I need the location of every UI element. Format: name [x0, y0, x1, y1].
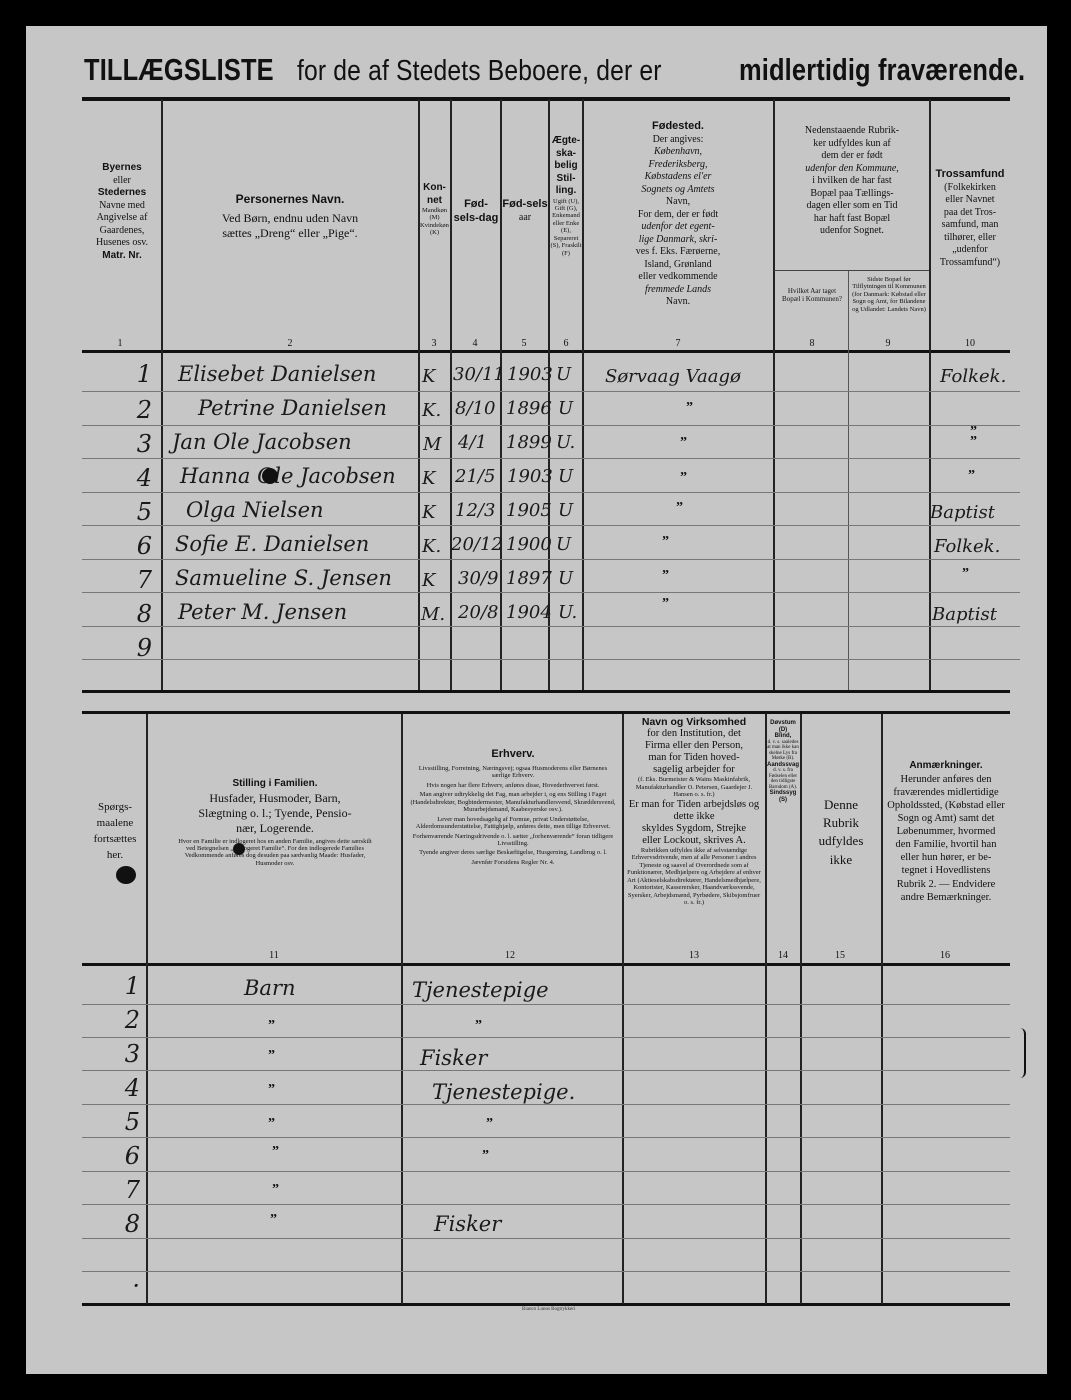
row-rule: [82, 1238, 1010, 1239]
occupation-cell[interactable]: Fisker: [434, 1212, 501, 1236]
row-rule: [82, 1171, 1010, 1172]
header-col8-9-note: Nedenstaaende Rubrik- ker udfyldes kun a…: [776, 125, 928, 238]
row-rule: [82, 559, 1020, 560]
title-middle: for de af Stedets Beboere, der er: [297, 55, 697, 88]
ditto-mark[interactable]: ”: [680, 435, 687, 451]
bottom-table-header-rule: [82, 963, 1010, 966]
col-number: 6: [556, 338, 576, 349]
col-divider: [161, 99, 163, 690]
row-number: ·: [100, 1272, 140, 1300]
header-col14: Døvstum (D) Blind, d. v. s. saaledes at …: [767, 720, 799, 804]
occupation-cell[interactable]: Tjenestepige.: [432, 1080, 575, 1104]
header-col7: Fødested. Der angives: København, Freder…: [590, 120, 766, 309]
row-number: 7: [112, 566, 152, 594]
ditto-mark[interactable]: ”: [268, 1048, 275, 1064]
header-continued-note: Spørgs- maalene fortsættes her.: [84, 800, 146, 864]
col-number: 4: [465, 338, 485, 349]
sex-cell[interactable]: K.: [422, 400, 441, 421]
row-number: 9: [112, 634, 152, 662]
ditto-mark[interactable]: ”: [272, 1144, 279, 1160]
row-number: 4: [112, 464, 152, 492]
sex-cell[interactable]: K: [422, 366, 435, 387]
ditto-mark[interactable]: ”: [680, 470, 687, 486]
birthday-cell[interactable]: 20/8: [458, 602, 498, 623]
col-number: 14: [773, 950, 793, 961]
birthday-cell[interactable]: 30/9: [458, 568, 498, 589]
ditto-mark[interactable]: ”: [268, 1116, 275, 1132]
ditto-mark[interactable]: ”: [272, 1182, 279, 1198]
religion-cell[interactable]: Folkek.: [940, 366, 1006, 387]
birthday-cell[interactable]: 4/1: [458, 432, 487, 453]
ink-blot: [116, 866, 136, 884]
header-col16: Anmærkninger. Herunder anføres den fravæ…: [884, 760, 1008, 904]
top-table-top-rule: [82, 97, 1010, 101]
religion-cell[interactable]: Baptist: [930, 502, 995, 523]
row-number: 8: [112, 600, 152, 628]
marital-status-cell[interactable]: U: [558, 466, 573, 487]
religion-cell[interactable]: Folkek.: [934, 536, 1000, 557]
header-col2: Personernes Navn. Ved Børn, endnu uden N…: [163, 192, 417, 241]
col-divider: [848, 270, 849, 690]
header-col6: Ægte-ska-belig Stil-ling. Ugift (U), Gif…: [550, 135, 582, 257]
person-name[interactable]: Petrine Danielsen: [198, 396, 387, 420]
ink-blot: [262, 468, 278, 484]
sex-cell[interactable]: M.: [421, 604, 445, 625]
ditto-mark[interactable]: ”: [970, 434, 977, 450]
top-table-header-rule: [82, 350, 1010, 353]
row-rule: [82, 492, 1020, 493]
person-name[interactable]: Olga Nielsen: [186, 498, 324, 522]
header-col9: Sidste Bopæl før Tilflytningen til Kommu…: [850, 276, 928, 313]
col-divider: [500, 99, 502, 690]
header-col13: Navn og Virksomhed for den Institution, …: [626, 716, 762, 907]
title-emphasis: midlertidig fraværende.: [739, 52, 1025, 88]
person-name[interactable]: Jan Ole Jacobsen: [172, 430, 352, 454]
row-number: 1: [112, 360, 152, 388]
header-col15: Denne Rubrik udfyldes ikke: [802, 796, 880, 869]
row-number: 5: [100, 1108, 140, 1136]
row-number: 6: [112, 532, 152, 560]
birthday-cell[interactable]: 8/10: [455, 398, 495, 419]
marital-status-cell[interactable]: U: [556, 364, 571, 385]
ditto-mark[interactable]: ”: [475, 1018, 482, 1034]
family-position-cell[interactable]: Barn: [244, 976, 296, 1000]
ditto-mark[interactable]: ”: [662, 568, 669, 584]
ditto-mark[interactable]: ”: [662, 534, 669, 550]
person-name[interactable]: Elisebet Danielsen: [178, 362, 376, 386]
col-number: 10: [960, 338, 980, 349]
sex-cell[interactable]: K.: [422, 536, 441, 557]
ditto-mark[interactable]: ”: [686, 400, 693, 416]
col-divider: [881, 714, 883, 1304]
col-number: 15: [830, 950, 850, 961]
marital-status-cell[interactable]: U: [558, 398, 573, 419]
birthday-cell[interactable]: 21/5: [455, 466, 495, 487]
header-col3: Kon-net Mandkøn (M) Kvindekøn (K): [419, 182, 450, 237]
col-number: 16: [935, 950, 955, 961]
col-number: 1: [110, 338, 130, 349]
col-number: 3: [424, 338, 444, 349]
row-number: 2: [100, 1006, 140, 1034]
col-number: 11: [264, 950, 284, 961]
birthday-cell[interactable]: 20/12: [451, 534, 503, 555]
row-rule: [82, 525, 1020, 526]
sex-cell[interactable]: K: [422, 502, 435, 523]
col-number: 9: [878, 338, 898, 349]
row-rule: [82, 1204, 1010, 1205]
col-number: 12: [500, 950, 520, 961]
col-divider: [450, 99, 452, 690]
form-title: TILLÆGSLISTE for de af Stedets Beboere, …: [84, 52, 1014, 88]
sex-cell[interactable]: K: [422, 468, 435, 489]
row-number: 4: [100, 1074, 140, 1102]
birth-year-cell[interactable]: 1904: [506, 602, 552, 623]
col-number: 8: [802, 338, 822, 349]
row-number: 7: [100, 1176, 140, 1204]
religion-cell[interactable]: Baptist: [932, 604, 997, 625]
section-divider-rule: [82, 711, 1010, 714]
birth-year-cell[interactable]: 1899: [506, 432, 552, 453]
birthplace-cell[interactable]: Sørvaag Vaagø: [605, 366, 741, 387]
birth-year-cell[interactable]: 1905: [506, 500, 552, 521]
col-divider: [929, 99, 931, 690]
col-number: 7: [668, 338, 688, 349]
birth-year-cell[interactable]: 1897: [506, 568, 552, 589]
birth-year-cell[interactable]: 1903: [507, 364, 553, 385]
row-number: 3: [100, 1040, 140, 1068]
subheader-rule: [774, 270, 929, 271]
marital-status-cell[interactable]: U.: [558, 602, 577, 623]
col-number: 13: [684, 950, 704, 961]
birth-year-cell[interactable]: 1903: [507, 466, 553, 487]
row-rule: [82, 458, 1020, 459]
ditto-mark[interactable]: ”: [962, 566, 969, 582]
header-col4: Fød-sels-dag: [452, 198, 500, 226]
row-rule: [82, 592, 1020, 593]
birth-year-cell[interactable]: 1900: [506, 534, 552, 555]
row-rule: [82, 1104, 1010, 1105]
birth-year-cell[interactable]: 1896: [506, 398, 552, 419]
ditto-mark[interactable]: ”: [268, 1082, 275, 1098]
ink-blot: [233, 843, 245, 855]
row-number: 2: [112, 396, 152, 424]
bottom-table-bottom-rule: [82, 1303, 1010, 1306]
sex-cell[interactable]: M: [423, 434, 441, 455]
marital-status-cell[interactable]: U.: [556, 432, 575, 453]
row-rule: [82, 659, 1020, 660]
row-rule: [82, 1271, 1010, 1272]
row-rule: [82, 425, 1020, 426]
ditto-mark[interactable]: ”: [676, 500, 683, 516]
row-rule: [82, 1137, 1010, 1138]
ditto-mark[interactable]: ”: [270, 1212, 277, 1228]
birthday-cell[interactable]: 30/11: [453, 364, 505, 385]
header-col12: Erhverv. Livsstilling, Forretning, Nærin…: [410, 748, 616, 866]
header-col10: Trossamfund (Folkekirken eller Navnet pa…: [932, 168, 1008, 269]
col-number: 5: [514, 338, 534, 349]
printer-mark: Bianco Lunos Bogtrykkeri: [522, 1307, 575, 1312]
ditto-mark[interactable]: ”: [662, 596, 669, 612]
ditto-mark[interactable]: ”: [268, 1018, 275, 1034]
col-number: 2: [280, 338, 300, 349]
marital-status-cell[interactable]: U: [556, 534, 571, 555]
row-rule: [82, 391, 1020, 392]
col-divider: [401, 714, 403, 1304]
person-name[interactable]: Peter M. Jensen: [178, 600, 347, 624]
header-col5: Fød-sels aar: [502, 198, 548, 224]
ditto-mark[interactable]: ”: [482, 1148, 489, 1164]
top-table-bottom-rule: [82, 690, 1010, 693]
marital-status-cell[interactable]: U: [558, 568, 573, 589]
row-number: 1: [100, 972, 140, 1000]
ditto-mark[interactable]: ”: [486, 1116, 493, 1132]
header-col11: Stilling i Familien. Husfader, Husmoder,…: [160, 778, 390, 867]
person-name[interactable]: Samueline S. Jensen: [175, 566, 392, 590]
header-col1: Byernes eller Stedernes Navne med Angive…: [84, 162, 160, 262]
person-name[interactable]: Hanna Ole Jacobsen: [180, 464, 396, 488]
row-number: 5: [112, 498, 152, 526]
ditto-mark[interactable]: ”: [968, 468, 975, 484]
row-rule: [82, 1070, 1010, 1071]
row-rule: [82, 626, 1020, 627]
birthday-cell[interactable]: 12/3: [455, 500, 495, 521]
row-number: 6: [100, 1142, 140, 1170]
marital-status-cell[interactable]: U: [558, 500, 573, 521]
col-divider: [773, 99, 775, 690]
row-number: 3: [112, 430, 152, 458]
occupation-cell[interactable]: Fisker: [420, 1046, 487, 1070]
margin-bracket-mark: [1020, 1028, 1026, 1078]
occupation-cell[interactable]: Tjenestepige: [412, 978, 549, 1002]
col-divider: [622, 714, 624, 1304]
col-divider: [146, 714, 148, 1304]
sex-cell[interactable]: K: [422, 570, 435, 591]
row-number: 8: [100, 1210, 140, 1238]
person-name[interactable]: Sofie E. Danielsen: [175, 532, 369, 556]
col-divider: [582, 99, 584, 690]
title-main: TILLÆGSLISTE: [84, 52, 274, 88]
header-col8: Hvilket Aar taget Bopæl i Kommunen?: [778, 287, 846, 303]
row-rule: [82, 1037, 1010, 1038]
row-rule: [82, 1004, 1010, 1005]
